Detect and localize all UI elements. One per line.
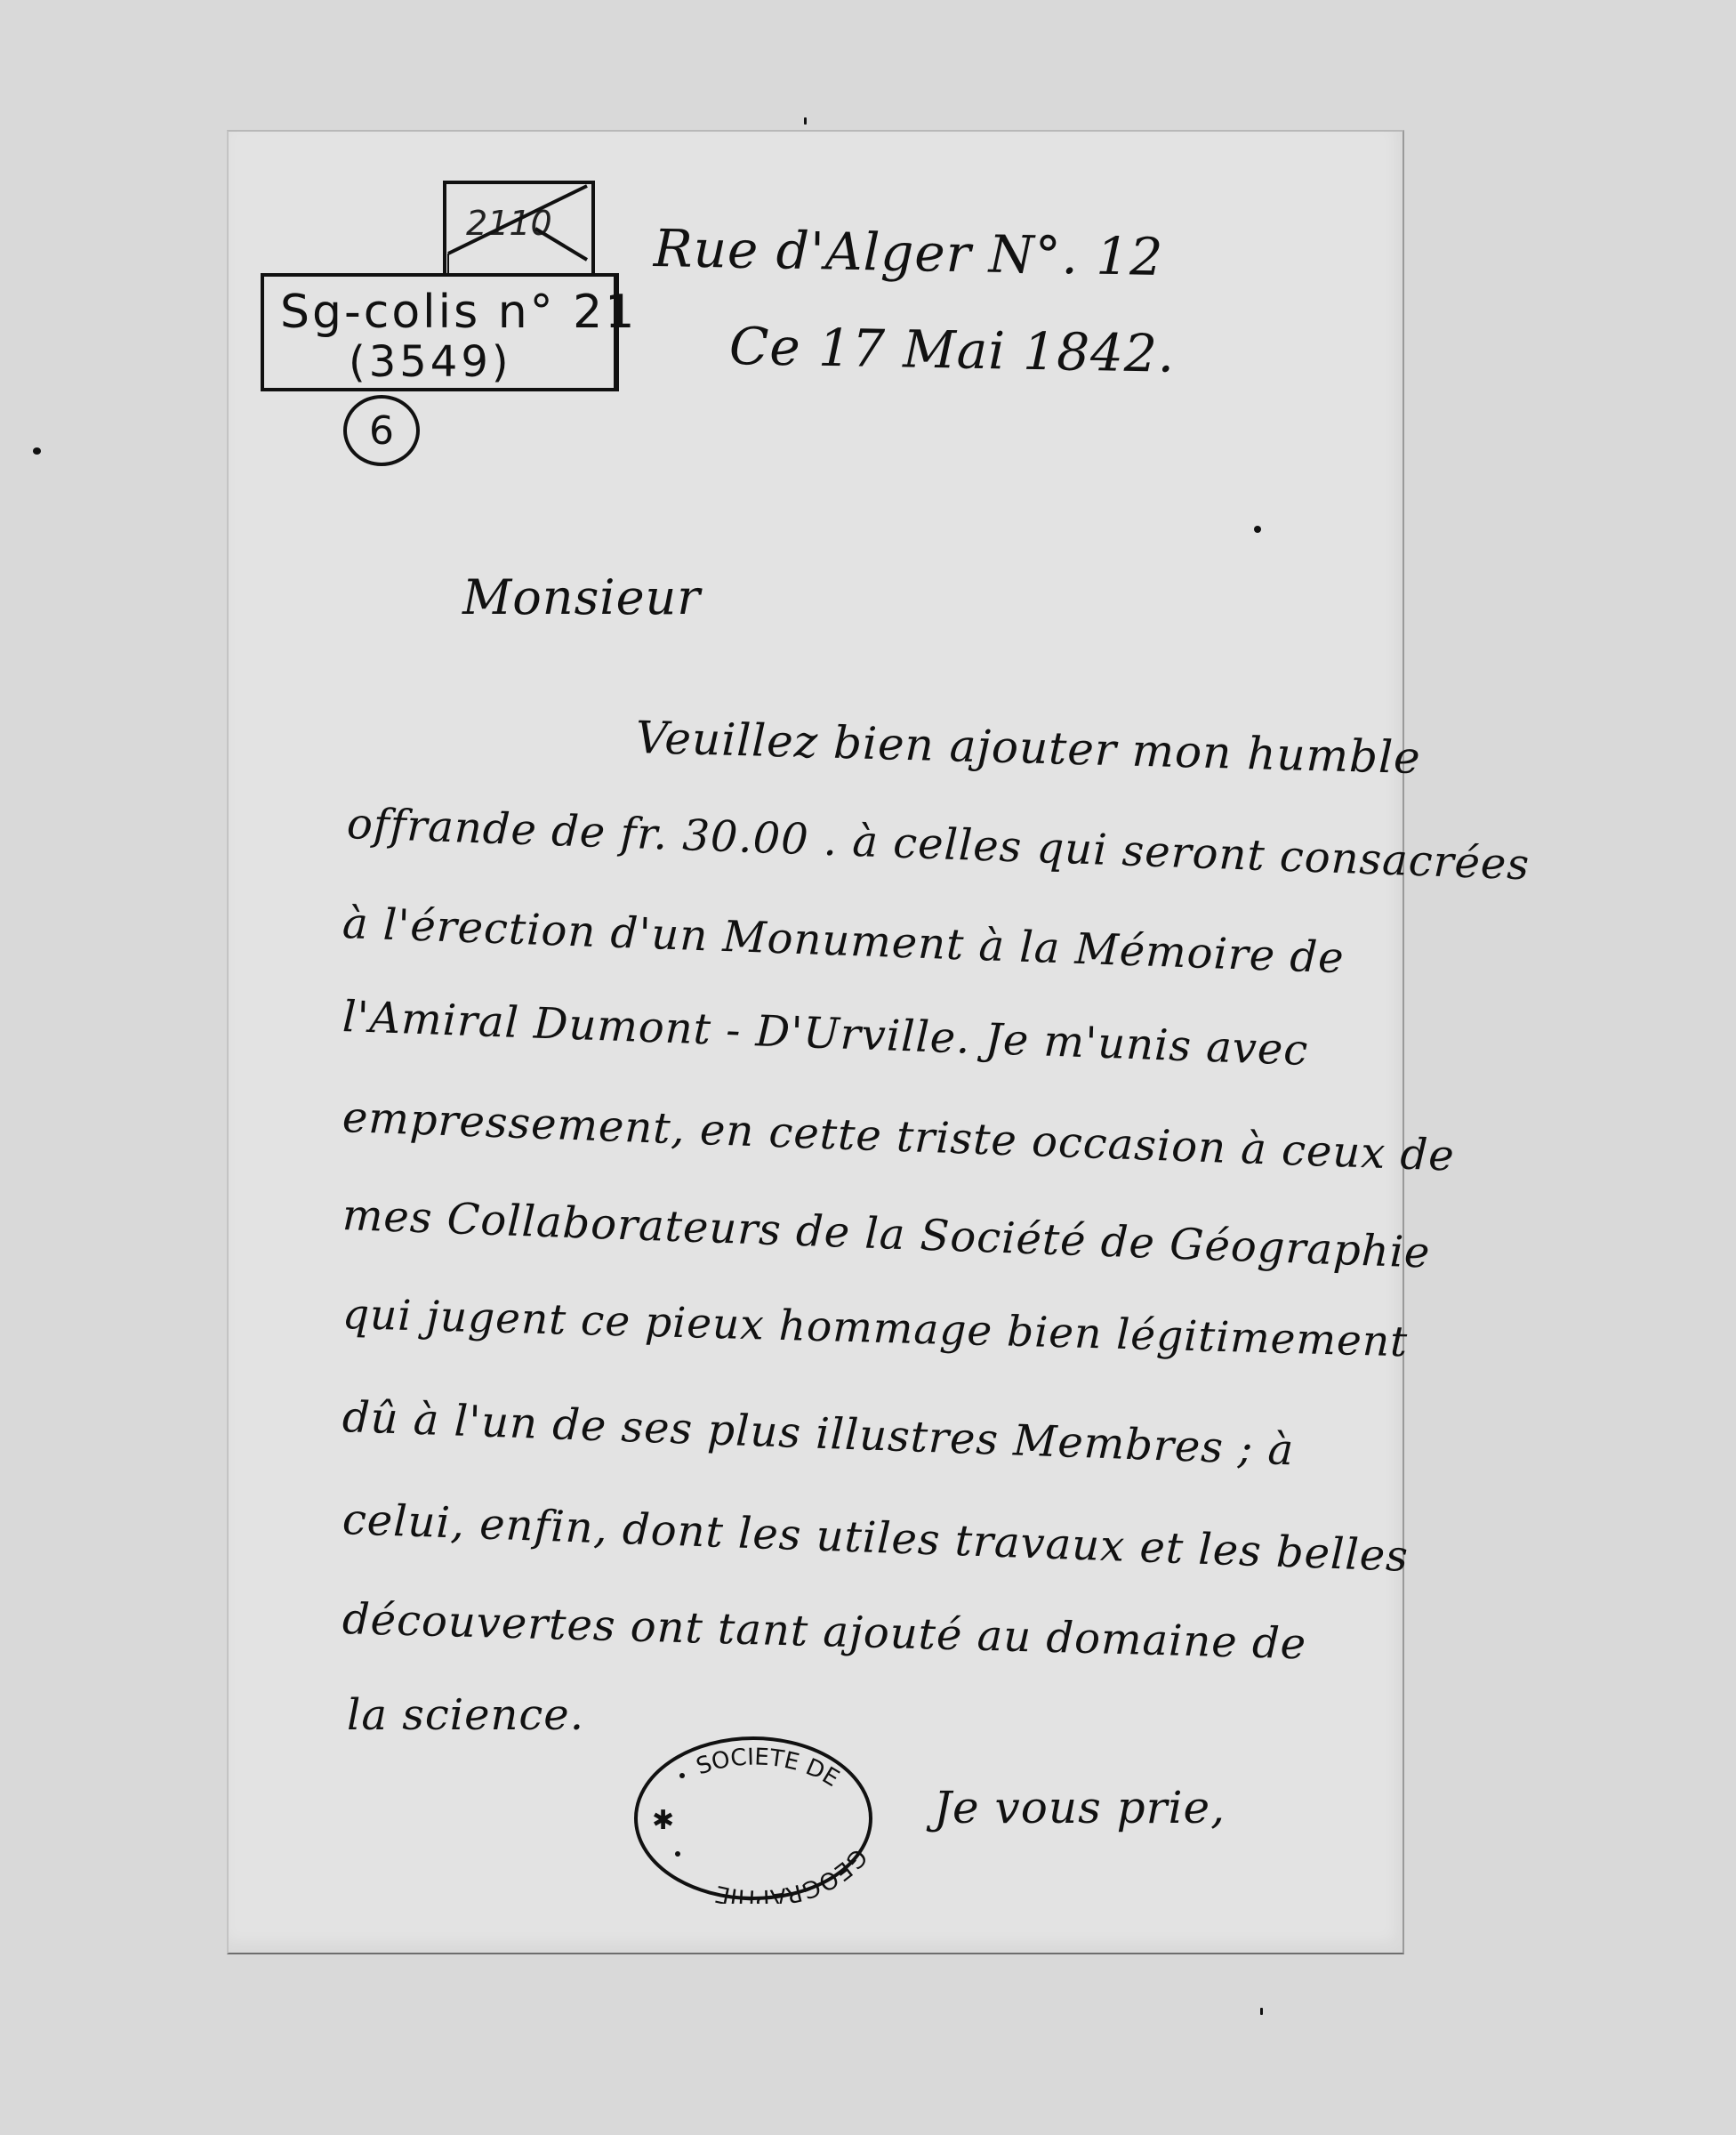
cross-mark-icon	[446, 184, 591, 273]
archive-reference-box: Sg-colis n° 21 (3549)	[261, 273, 619, 391]
stamp-bottom-text: GEOGRAPHIE	[713, 1843, 872, 1904]
reference-line-2: (3549)	[349, 337, 512, 387]
address-line: Rue d'Alger N°. 12	[653, 218, 1163, 287]
ink-speck	[33, 447, 41, 455]
date-line: Ce 17 Mai 1842.	[728, 316, 1175, 384]
ink-speck	[1254, 526, 1261, 533]
salutation: Monsieur	[462, 569, 701, 625]
ink-speck	[1260, 2008, 1263, 2015]
svg-text:✱: ✱	[652, 1805, 674, 1836]
star-icon: ✱	[652, 1805, 674, 1836]
closing-line: Je vous prie,	[934, 1782, 1226, 1833]
page-number: 6	[369, 408, 394, 454]
reference-line-1: Sg-colis n° 21	[280, 286, 637, 339]
societe-de-geographie-stamp: SOCIETE DE GEOGRAPHIE ✱	[629, 1733, 878, 1904]
ink-speck	[804, 117, 807, 125]
page-number-circle: 6	[343, 395, 420, 466]
crossed-out-number-box: 2110	[443, 181, 595, 273]
body-line: la science.	[347, 1690, 584, 1740]
